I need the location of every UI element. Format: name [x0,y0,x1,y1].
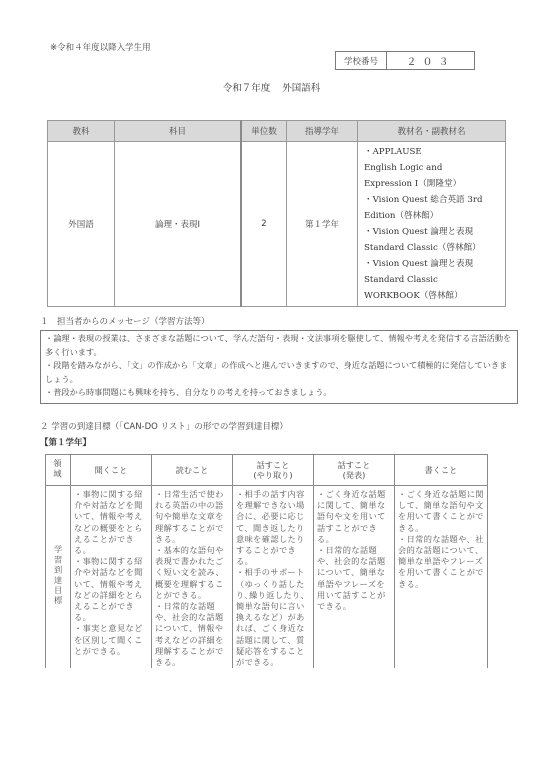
section1-heading: １ 担当者からのメッセージ（学習方法等） [40,315,210,327]
goal-item: ・日常的な話題や、社会的な話題について、簡単な単語やフレーズを用いて書くことがで… [398,534,484,590]
header-writing: 書くこと [395,455,488,486]
title-year: 令和７年度 [223,83,271,94]
domain-label: 領域 [53,459,63,479]
goal-item: ・事物に関する紹介や対話などを聞いて、情報や考えなどの詳細をとらえることができる… [74,556,148,623]
school-number-label: 学校番号 [336,52,387,69]
goal-item: ・事物に関する紹介や対話などを聞いて、情報や考えなどの概要をとらえることができる… [74,489,148,556]
goal-item: ・事実と意見などを区別して聞くことができる。 [74,623,148,657]
goal-item: ・日常的な話題や、社会的な話題について、情報や考えなどの詳細を理解することができ… [155,601,229,668]
header-listening: 聞くこと [71,455,152,486]
presentation-label: 話すこと [315,460,393,470]
message-line: ・論理・表現の授業は、さまざまな話題について、学んだ語句・表現・文法事項を駆使し… [45,332,513,359]
course-row: 外国語 論理・表現Ⅰ 2 第１学年 ・APPLAUSE English Logi… [48,142,506,307]
textbook-line: ・APPLAUSE [364,144,502,160]
applicability-note: ※令和４年度以降入学生用 [50,41,151,53]
can-do-header: 領域 聞くこと 読むこと 話すこと (やり取り) 話すこと (発表) 書くこと [46,455,488,486]
school-number-box: 学校番号 ２０３ [335,51,475,70]
goal-item: ・ごく身近な話題に関して、簡単な語句や文を用いて書くことができる。 [398,489,484,534]
textbook-line: Expression Ⅰ（開隆堂） [364,176,502,192]
goals-label: 学習到達目標 [52,545,63,606]
textbook-line: Standard Classic [364,272,502,288]
grade-label: 【第１学年】 [40,436,91,448]
textbook-line: Standard Classic（啓林館） [364,240,502,256]
textbook-line: ・Vision Quest 論理と表現 [364,224,502,240]
school-number-value: ２０３ [387,52,474,69]
goal-item: ・基本的な語句や表現で書かれたごく短い文を読み、概要を理解することができる。 [155,545,229,601]
textbook-line: English Logic and [364,160,502,176]
goals-row-label: 学習到達目標 [46,486,71,669]
cell-course: 論理・表現Ⅰ [115,142,242,307]
cell-credits: 2 [241,142,287,307]
presentation-sublabel: (発表) [315,470,393,480]
header-subject-area: 教科 [48,121,115,142]
cell-presentation: ・ごく身近な話題に関して、簡単な語句や文を用いて話すことができる。 ・日常的な話… [314,486,395,669]
course-table-header: 教科 科目 単位数 指導学年 教材名・副教材名 [48,121,506,142]
goal-item: ・相手のサポート（ゆっくり話したり､繰り返したり、簡単な語句に言い換えるなど）が… [236,567,310,668]
cell-reading: ・日常生活で使われる英語の中の語句や簡単な文章を理解することができる。 ・基本的… [152,486,233,669]
can-do-table: 領域 聞くこと 読むこと 話すこと (やり取り) 話すこと (発表) 書くこと … [45,454,488,668]
course-table: 教科 科目 単位数 指導学年 教材名・副教材名 外国語 論理・表現Ⅰ 2 第１学… [47,120,506,307]
textbook-line: ・Vision Quest 総合英語 3rd [364,192,502,208]
interaction-sublabel: (やり取り) [234,470,312,480]
page-title: 令和７年度外国語科 [0,80,543,94]
message-line: ・普段から時事問題にも興味を持ち、自分なりの考えを持っておきましょう。 [45,386,513,400]
cell-subject-area: 外国語 [48,142,115,307]
section2-heading: ２ 学習の到達目標（「CAN-DO リスト」の形での学習到達目標） [40,420,288,432]
goals-row: 学習到達目標 ・事物に関する紹介や対話などを聞いて、情報や考えなどの概要をとらえ… [46,486,488,669]
header-reading: 読むこと [152,455,233,486]
header-textbooks: 教材名・副教材名 [358,121,506,142]
goal-item: ・ごく身近な話題に関して、簡単な語句や文を用いて話すことができる。 [317,489,391,545]
cell-writing: ・ごく身近な話題に関して、簡単な語句や文を用いて書くことができる。 ・日常的な話… [395,486,488,669]
message-line: ・段階を踏みながら、「文」の作成から「文章」の作成へと進んでいきますので、身近な… [45,359,513,386]
goal-item: ・日常的な話題や、社会的な話題について、簡単な単語やフレーズを用いて話すことがで… [317,545,391,612]
textbook-line: ・Vision Quest 論理と表現 [364,256,502,272]
textbook-line: WORKBOOK（啓林館） [364,288,502,304]
header-presentation: 話すこと (発表) [314,455,395,486]
goal-item: ・相手の話す内容を理解できない場合に、必要に応じて、聞き返したり意味を確認したり… [236,489,310,567]
title-subject: 外国語科 [282,83,320,94]
header-grade: 指導学年 [287,121,358,142]
message-box: ・論理・表現の授業は、さまざまな話題について、学んだ語句・表現・文法事項を駆使し… [40,330,518,404]
header-interaction: 話すこと (やり取り) [233,455,314,486]
cell-interaction: ・相手の話す内容を理解できない場合に、必要に応じて、聞き返したり意味を確認したり… [233,486,314,669]
textbook-line: Edition（啓林館） [364,208,502,224]
header-course: 科目 [115,121,242,142]
cell-textbooks: ・APPLAUSE English Logic and Expression Ⅰ… [358,142,506,307]
cell-grade: 第１学年 [287,142,358,307]
header-domain: 領域 [46,455,71,486]
interaction-label: 話すこと [234,460,312,470]
goal-item: ・日常生活で使われる英語の中の語句や簡単な文章を理解することができる。 [155,489,229,545]
cell-listening: ・事物に関する紹介や対話などを聞いて、情報や考えなどの概要をとらえることができる… [71,486,152,669]
header-credits: 単位数 [241,121,287,142]
